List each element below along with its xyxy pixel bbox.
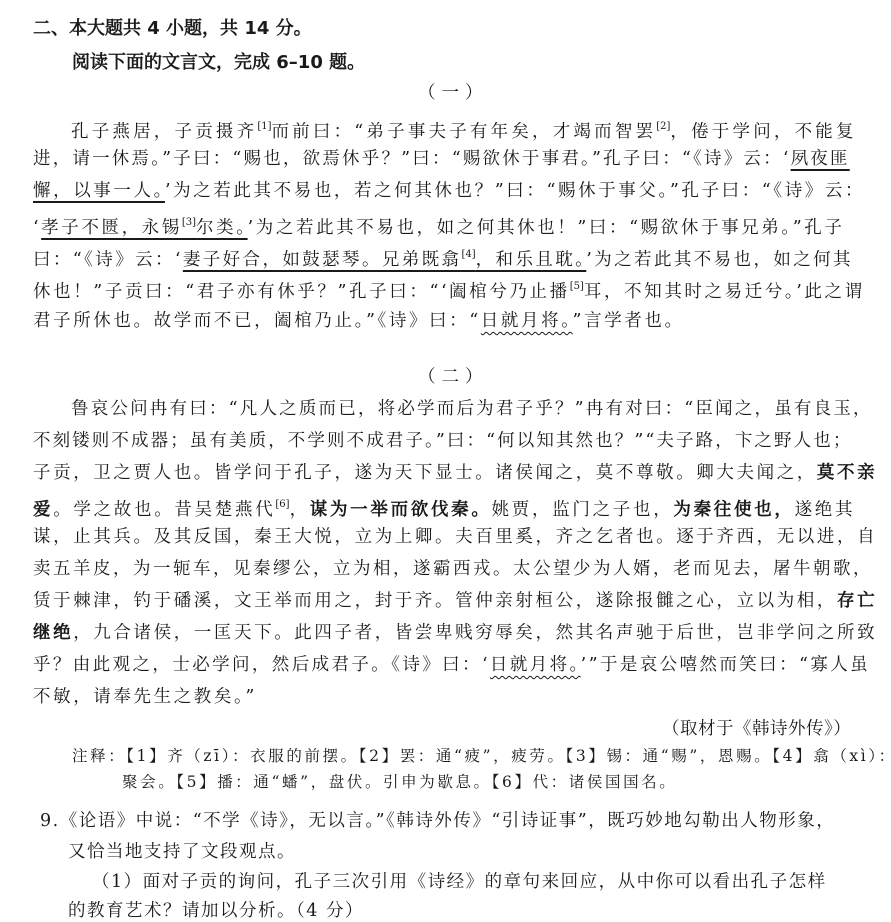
passage1-line: 曰：“《诗》云：‘妻子好合，如鼓瑟琴。兄弟既翕[4]，和乐且耽。’为之若此其不易… bbox=[33, 244, 853, 271]
bold-phrase: 继绝 bbox=[33, 623, 73, 643]
passage2-line: 乎？由此观之，士必学问，然后成君子。《诗》曰：‘日就月将。’”于是哀公嘻然而笑曰… bbox=[33, 654, 870, 676]
passage2-line: 爱。学之故也。昔吴楚燕代[6]，谋为一举而欲伐秦。姚贾，监门之子也，为秦往使也，… bbox=[33, 494, 855, 521]
passage2-line: 谋，止其兵。及其反国，秦王大悦，立为上卿。夫百里奚，齐之乞者也。逐于齐西，无以进… bbox=[33, 526, 877, 548]
bold-phrase: 存亡 bbox=[837, 591, 877, 611]
footnote-ref: [1] bbox=[257, 121, 271, 132]
section-title: 二、本大题共 4 小题，共 14 分。 bbox=[33, 18, 312, 40]
passage2-line: 卖五羊皮，为一轭车，见秦缪公，立为相，遂霸西戎。太公望少为人婿，老而见去，屠牛朝… bbox=[33, 558, 873, 580]
underlined-quote: 懈，以事一人。 bbox=[33, 181, 165, 201]
passage1-line: 进，请一休焉。”子曰：“赐也，欲焉休乎？”曰：“赐欲休于事君。”孔子曰：“《诗》… bbox=[33, 148, 850, 170]
question-stem-line-1: 9.《论语》中说：“不学《诗》，无以言。”《韩诗外传》“引诗证事”，既巧妙地勾勒… bbox=[40, 810, 835, 832]
footnote-ref: [3] bbox=[182, 217, 196, 228]
bold-phrase: 谋为一举而欲伐秦。 bbox=[310, 500, 492, 520]
underlined-quote: 妻子好合，如鼓瑟琴。兄弟既翕[4]，和乐且耽。 bbox=[183, 250, 586, 270]
passage2-line: 继绝，九合诸侯，一匡天下。此四子者，皆尝卑贱穷辱矣，然其名声驰于后世，岂非学问之… bbox=[33, 622, 877, 644]
subquestion-1-line-1: （1）面对子贡的询问，孔子三次引用《诗经》的章句来回应，从中你可以看出孔子怎样 bbox=[92, 871, 827, 893]
passage1-line: 懈，以事一人。’为之若此其不易也，若之何其休也？”曰：“赐休于事父。”孔子曰：“… bbox=[33, 180, 865, 202]
bold-phrase: 为秦往使也， bbox=[673, 500, 794, 520]
notes-line-1: 注释：【1】齐（zī）：衣服的前摆。【2】罢：通“疲”，疲劳。【3】锡：通“赐”… bbox=[72, 746, 891, 766]
passage1-line: 孔子燕居，子贡摄齐[1]而前曰：“弟子事夫子有年矣，才竭而智罢[2]，倦于学问，… bbox=[71, 116, 857, 143]
bold-phrase: 莫不亲 bbox=[817, 463, 877, 483]
question-stem-line-2: 又恰当地支持了文段观点。 bbox=[68, 841, 296, 863]
passage2-line: 不刻镂则不成器；虽有美质，不学则不成君子。”曰：“何以知其然也？”“夫子路，卞之… bbox=[33, 430, 852, 452]
subquestion-1-line-2: 的教育艺术？请加以分析。（4 分） bbox=[68, 900, 364, 922]
footnote-ref: [4] bbox=[461, 249, 475, 260]
wavy-underlined-quote: 日就月将。 bbox=[490, 655, 581, 675]
passage2-line: 不敏，请奉先生之教矣。” bbox=[33, 686, 257, 708]
passage1-line: ‘孝子不匮，永锡[3]尔类。’为之若此其不易也，如之何其休也！”曰：“赐欲休于事… bbox=[33, 212, 844, 239]
bold-phrase: 爱 bbox=[33, 500, 53, 520]
passage2-heading: （二） bbox=[418, 366, 489, 388]
source-citation: （取材于《韩诗外传》） bbox=[662, 718, 851, 740]
instruction: 阅读下面的文言文，完成 6–10 题。 bbox=[72, 52, 365, 74]
question-number: 9. bbox=[40, 811, 60, 831]
passage1-heading: （一） bbox=[418, 82, 489, 104]
wavy-underlined-quote: 日就月将。 bbox=[481, 311, 573, 331]
passage1-line: 君子所休也。故学而不已，阖棺乃止。”《诗》曰：“日就月将。”言学者也。 bbox=[33, 310, 685, 332]
passage1-line: 休也！”子贡曰：“君子亦有休乎？”孔子曰：“‘阖棺兮乃止播[5]耳，不知其时之易… bbox=[33, 276, 865, 303]
footnote-ref: [6] bbox=[275, 499, 289, 510]
footnote-ref: [2] bbox=[656, 121, 670, 132]
passage2-line: 鲁哀公问冉有曰：“凡人之质而已，将必学而后为君子乎？”冉有对曰：“臣闻之，虽有良… bbox=[71, 398, 873, 420]
passage2-line: 赁于棘津，钓于磻溪，文王举而用之，封于齐。管仲亲射桓公，遂除报雠之心，立以为相，… bbox=[33, 590, 877, 612]
passage2-line: 子贡，卫之贾人也。皆学问于孔子，遂为天下显士。诸侯闻之，莫不尊敬。卿大夫闻之，莫… bbox=[33, 462, 877, 484]
notes-line-2: 聚会。【5】播：通“蟠”，盘伏。引申为歇息。【6】代：诸侯国国名。 bbox=[122, 772, 677, 792]
underlined-quote: 孝子不匮，永锡[3]尔类。 bbox=[41, 218, 247, 238]
footnote-ref: [5] bbox=[570, 281, 584, 292]
underlined-quote: 夙夜匪 bbox=[791, 149, 850, 169]
